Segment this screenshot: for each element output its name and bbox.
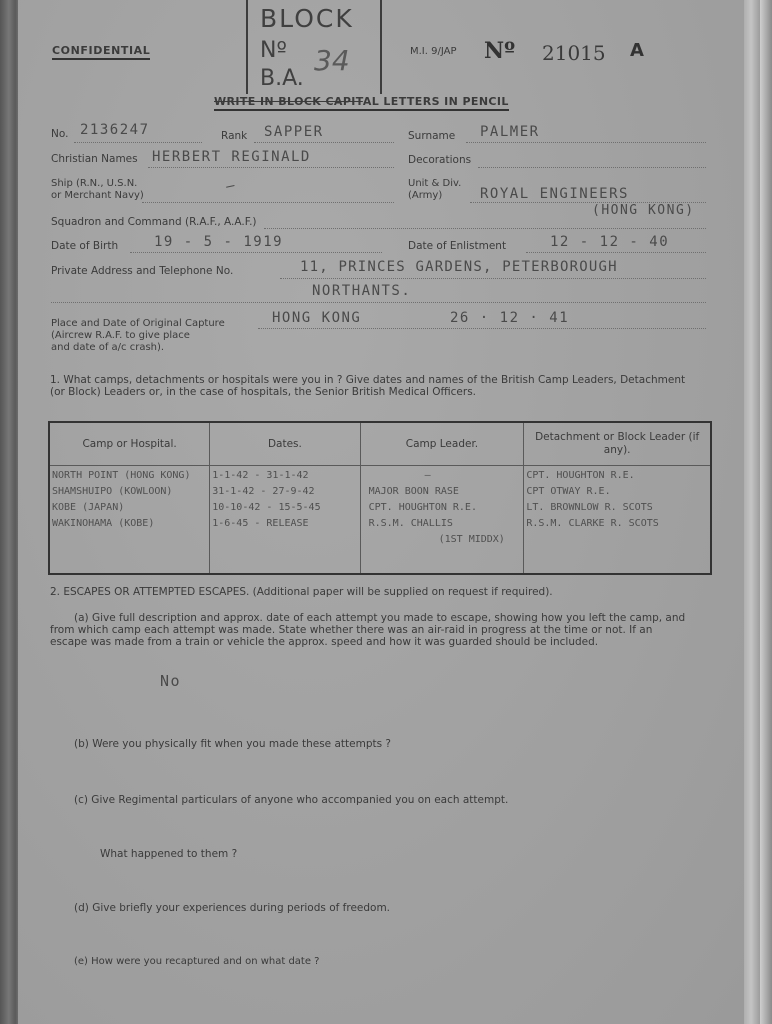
col-header-camp-leader: Camp Leader.: [360, 422, 524, 466]
section2-a-answer: No: [160, 672, 181, 690]
section2-b: (b) Were you physically fit when you mad…: [74, 738, 391, 750]
address-value-line1: 11, PRINCES GARDENS, PETERBOROUGH: [300, 259, 618, 275]
number-label: No.: [51, 128, 68, 140]
surname-value: PALMER: [480, 124, 540, 140]
instruction-struck-text: WRITE IN BLOCK CAPIT: [214, 95, 363, 108]
block-leader-row-4: R.S.M. Clarke R. Scots: [526, 516, 708, 532]
camp-row-3: Kobe (Japan): [52, 500, 207, 516]
section2-title: 2. ESCAPES OR ATTEMPTED ESCAPES. (Additi…: [50, 586, 553, 598]
reference-number: 21015: [542, 41, 606, 65]
reference-letter: A: [630, 40, 644, 61]
address-value-line2: NORTHANTS.: [312, 283, 411, 299]
rank-label: Rank: [221, 130, 247, 142]
date-of-enlistment-label: Date of Enlistment: [408, 240, 506, 252]
christian-names-line: [148, 167, 394, 168]
block-ba-label: B.A.: [260, 66, 304, 91]
section2-a-line1: (a) Give full description and approx. da…: [74, 612, 685, 624]
camp-cell: North Point (Hong Kong) Shamshuipo (Kowl…: [49, 466, 210, 574]
date-of-birth-label: Date of Birth: [51, 240, 118, 252]
unit-value-line1: ROYAL ENGINEERS: [480, 186, 629, 202]
section2-a-line2: from which camp each attempt was made. S…: [50, 624, 652, 636]
col-header-camp: Camp or Hospital.: [49, 422, 210, 466]
camp-row-2: Shamshuipo (Kowloon): [52, 484, 207, 500]
christian-names-label: Christian Names: [51, 153, 138, 165]
section1-question-line1: 1. What camps, detachments or hospitals …: [50, 374, 685, 386]
address-label: Private Address and Telephone No.: [51, 265, 233, 277]
capture-label-line1: Place and Date of Original Capture: [51, 318, 225, 329]
block-label: BLOCK: [260, 4, 354, 33]
section2-a-line3: escape was made from a train or vehicle …: [50, 636, 598, 648]
folder-edge: [760, 0, 772, 1024]
unit-label-line1: Unit & Div.: [408, 178, 461, 189]
address-line1: [280, 278, 706, 279]
decorations-label: Decorations: [408, 154, 471, 166]
camp-row-1: North Point (Hong Kong): [52, 468, 207, 484]
mi9-label: M.I. 9/JAP: [410, 46, 457, 57]
ship-value: —: [224, 177, 237, 195]
block-number-value: 34: [314, 44, 350, 77]
dates-cell: 1-1-42 - 31-1-42 31-1-42 - 27-9-42 10-10…: [210, 466, 360, 574]
section2-d: (d) Give briefly your experiences during…: [74, 902, 390, 914]
block-no-label: Nº: [260, 38, 287, 63]
col-header-dates: Dates.: [210, 422, 360, 466]
surname-line: [466, 142, 706, 143]
ship-line: [142, 202, 394, 203]
unit-label-line2: (Army): [408, 190, 442, 201]
date-of-enlistment-line: [526, 252, 706, 253]
squadron-label: Squadron and Command (R.A.F., A.A.F.): [51, 216, 257, 228]
date-of-birth-value: 19 - 5 - 1919: [154, 234, 283, 250]
instruction-banner: WRITE IN BLOCK CAPITAL LETTERS IN PENCIL: [214, 95, 509, 111]
capture-place-value: HONG KONG: [272, 310, 361, 326]
ship-label-line2: or Merchant Navy): [51, 190, 144, 201]
instruction-text: AL LETTERS IN PENCIL: [363, 95, 509, 108]
table-header-row: Camp or Hospital. Dates. Camp Leader. De…: [49, 422, 711, 466]
camps-table: Camp or Hospital. Dates. Camp Leader. De…: [48, 421, 712, 575]
unit-value-line2: (HONG KONG): [592, 203, 695, 218]
col-header-block-leader: Detachment or Block Leader (if any).: [524, 422, 711, 466]
block-leader-row-2: Cpt Otway R.E.: [526, 484, 708, 500]
block-leader-row-1: Cpt. Houghton R.E.: [526, 468, 708, 484]
dates-row-1: 1-1-42 - 31-1-42: [212, 468, 357, 484]
date-of-birth-line: [130, 252, 382, 253]
capture-label-line2: (Aircrew R.A.F. to give place: [51, 330, 190, 341]
dates-row-4: 1-6-45 - Release: [212, 516, 357, 532]
table-row: North Point (Hong Kong) Shamshuipo (Kowl…: [49, 466, 711, 574]
section2-e: (e) How were you recaptured and on what …: [74, 956, 320, 968]
block-leader-cell: Cpt. Houghton R.E. Cpt Otway R.E. Lt. Br…: [524, 466, 711, 574]
date-of-enlistment-value: 12 - 12 - 40: [550, 234, 669, 250]
rank-line: [254, 142, 394, 143]
decorations-line: [478, 167, 706, 168]
block-leader-row-3: Lt. Brownlow R. Scots: [526, 500, 708, 516]
section2-c-followup: What happened to them ?: [100, 848, 237, 860]
rank-value: SAPPER: [264, 124, 324, 140]
surname-label: Surname: [408, 130, 455, 142]
confidential-label: CONFIDENTIAL: [52, 44, 150, 60]
leader-row-1: —: [369, 468, 522, 484]
pow-questionnaire-form: CONFIDENTIAL BLOCK Nº B.A. 34 M.I. 9/JAP…: [18, 0, 744, 1024]
capture-label-line3: and date of a/c crash).: [51, 342, 164, 353]
leader-row-2: Major Boon Rase: [369, 484, 522, 500]
ref-no-label: Nº: [484, 38, 515, 64]
camp-leader-cell: — Major Boon Rase Cpt. Houghton R.E. R.S…: [360, 466, 524, 574]
camp-row-4: Wakinohama (Kobe): [52, 516, 207, 532]
leader-row-4-unit: (1st Middx): [369, 532, 522, 548]
capture-line: [258, 328, 706, 329]
section2-c: (c) Give Regimental particulars of anyon…: [74, 794, 508, 806]
leader-row-4: R.S.M. Challis: [369, 516, 522, 532]
number-line: [74, 142, 202, 143]
address-line2: [51, 302, 706, 303]
dates-row-2: 31-1-42 - 27-9-42: [212, 484, 357, 500]
ship-label-line1: Ship (R.N., U.S.N.: [51, 178, 137, 189]
number-value: 2136247: [80, 122, 150, 138]
christian-names-value: HERBERT REGINALD: [152, 149, 311, 165]
squadron-line: [264, 228, 706, 229]
section1-question-line2: (or Block) Leaders or, in the case of ho…: [50, 386, 476, 398]
dates-row-3: 10-10-42 - 15-5-45: [212, 500, 357, 516]
leader-row-3: Cpt. Houghton R.E.: [369, 500, 522, 516]
capture-date-value: 26 · 12 · 41: [450, 310, 569, 326]
